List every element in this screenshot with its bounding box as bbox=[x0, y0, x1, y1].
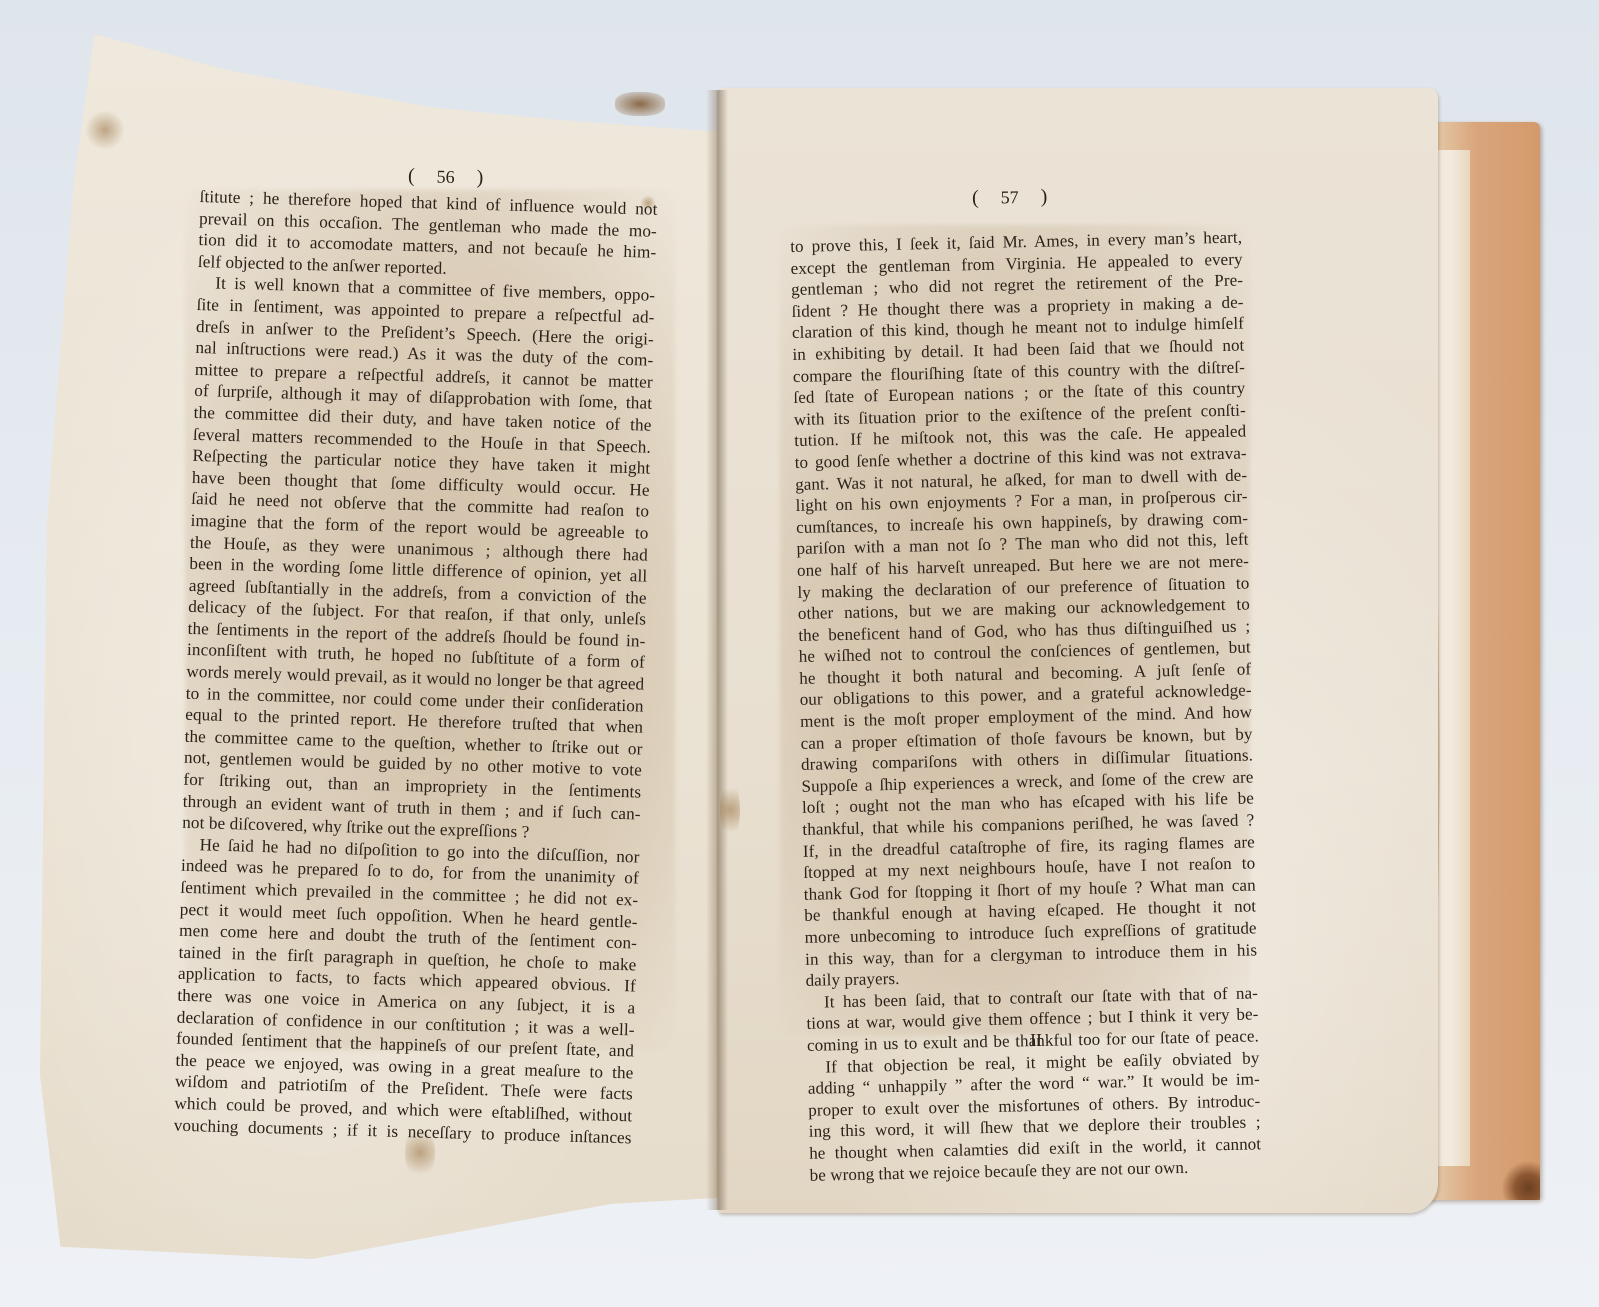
page-number-56: 56 bbox=[436, 166, 455, 186]
page-number-57: 57 bbox=[1000, 187, 1018, 207]
signature-mark: II bbox=[1030, 1030, 1042, 1051]
right-page-text: to prove this, I ſeek it, ſaid Mr. Ames,… bbox=[790, 227, 1262, 1186]
left-page-text: ſtitute ; he therefore hoped that kind o… bbox=[173, 186, 657, 1149]
foxing-spot bbox=[85, 110, 125, 150]
cover-stain bbox=[1502, 1160, 1540, 1200]
page-tear-stain bbox=[615, 92, 665, 116]
left-page-number: (56) bbox=[408, 165, 506, 191]
right-page-number: (57) bbox=[972, 185, 1070, 210]
book-photo: (56) ſtitute ; he therefore hoped that k… bbox=[0, 0, 1599, 1307]
book-gutter bbox=[706, 90, 728, 1210]
foxing-spot bbox=[720, 780, 740, 840]
